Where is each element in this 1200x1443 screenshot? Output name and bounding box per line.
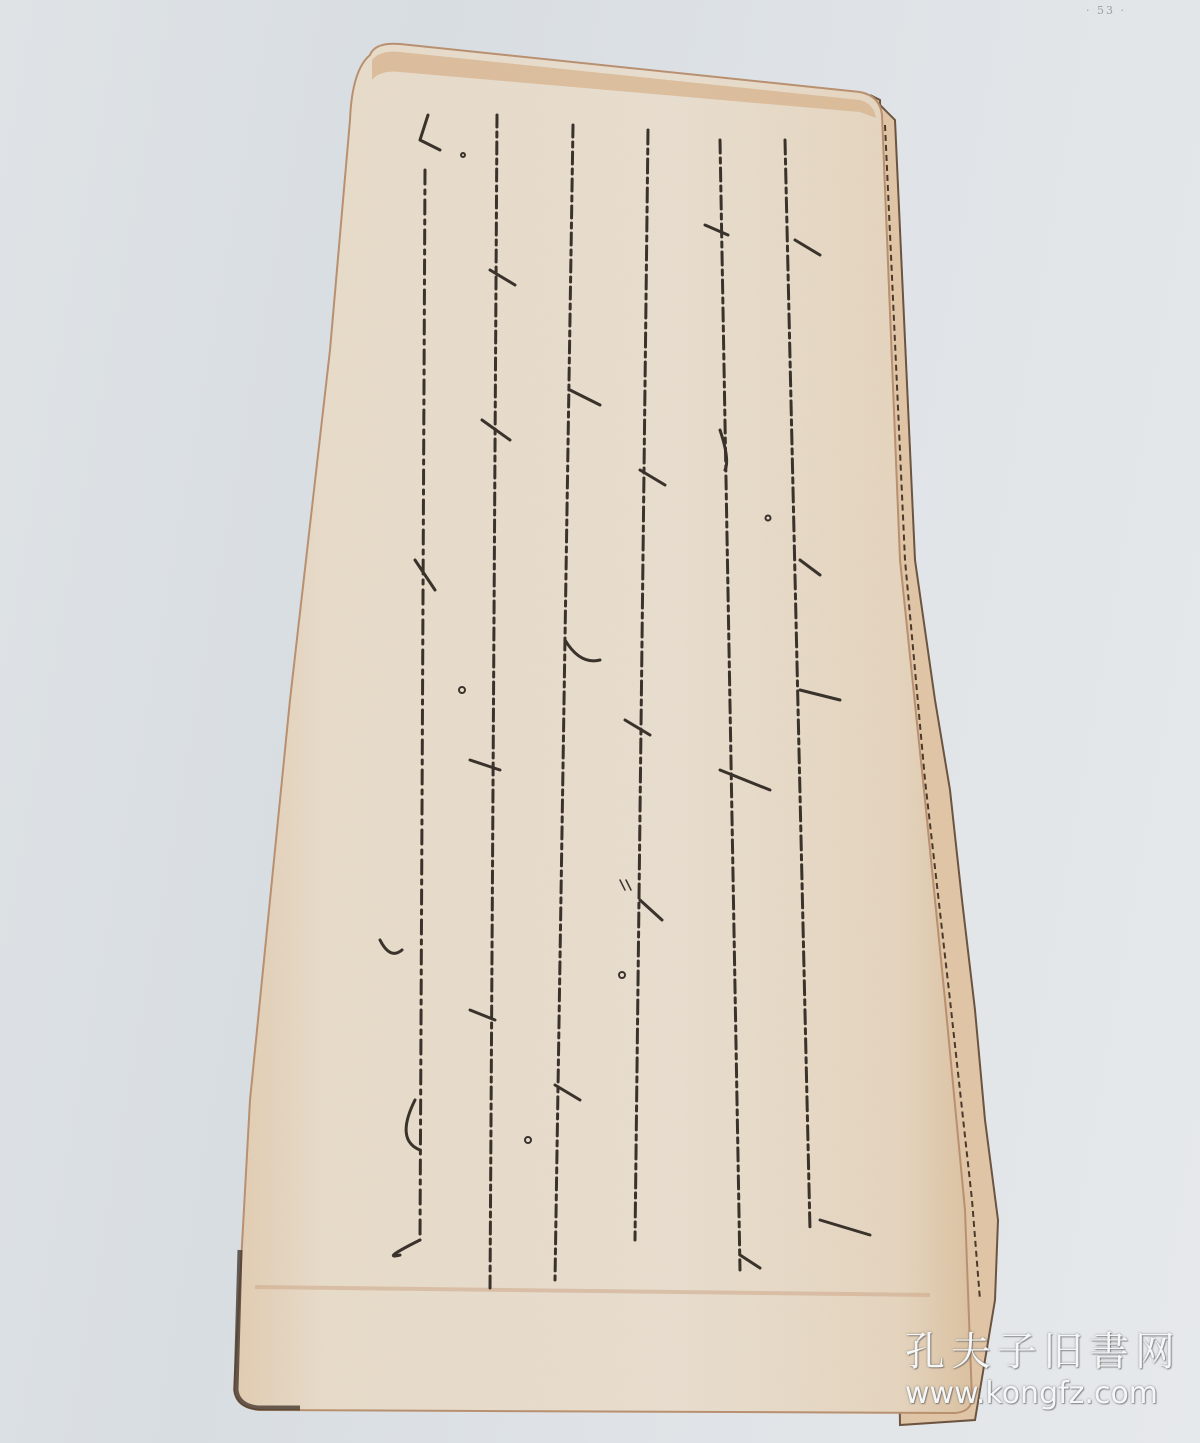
watermark-title: 孔夫子旧書网 [905, 1330, 1185, 1374]
watermark-url: www.kongfz.com [905, 1376, 1185, 1412]
manuscript-page [0, 0, 1200, 1443]
watermark: 孔夫子旧書网 www.kongfz.com [905, 1330, 1185, 1412]
